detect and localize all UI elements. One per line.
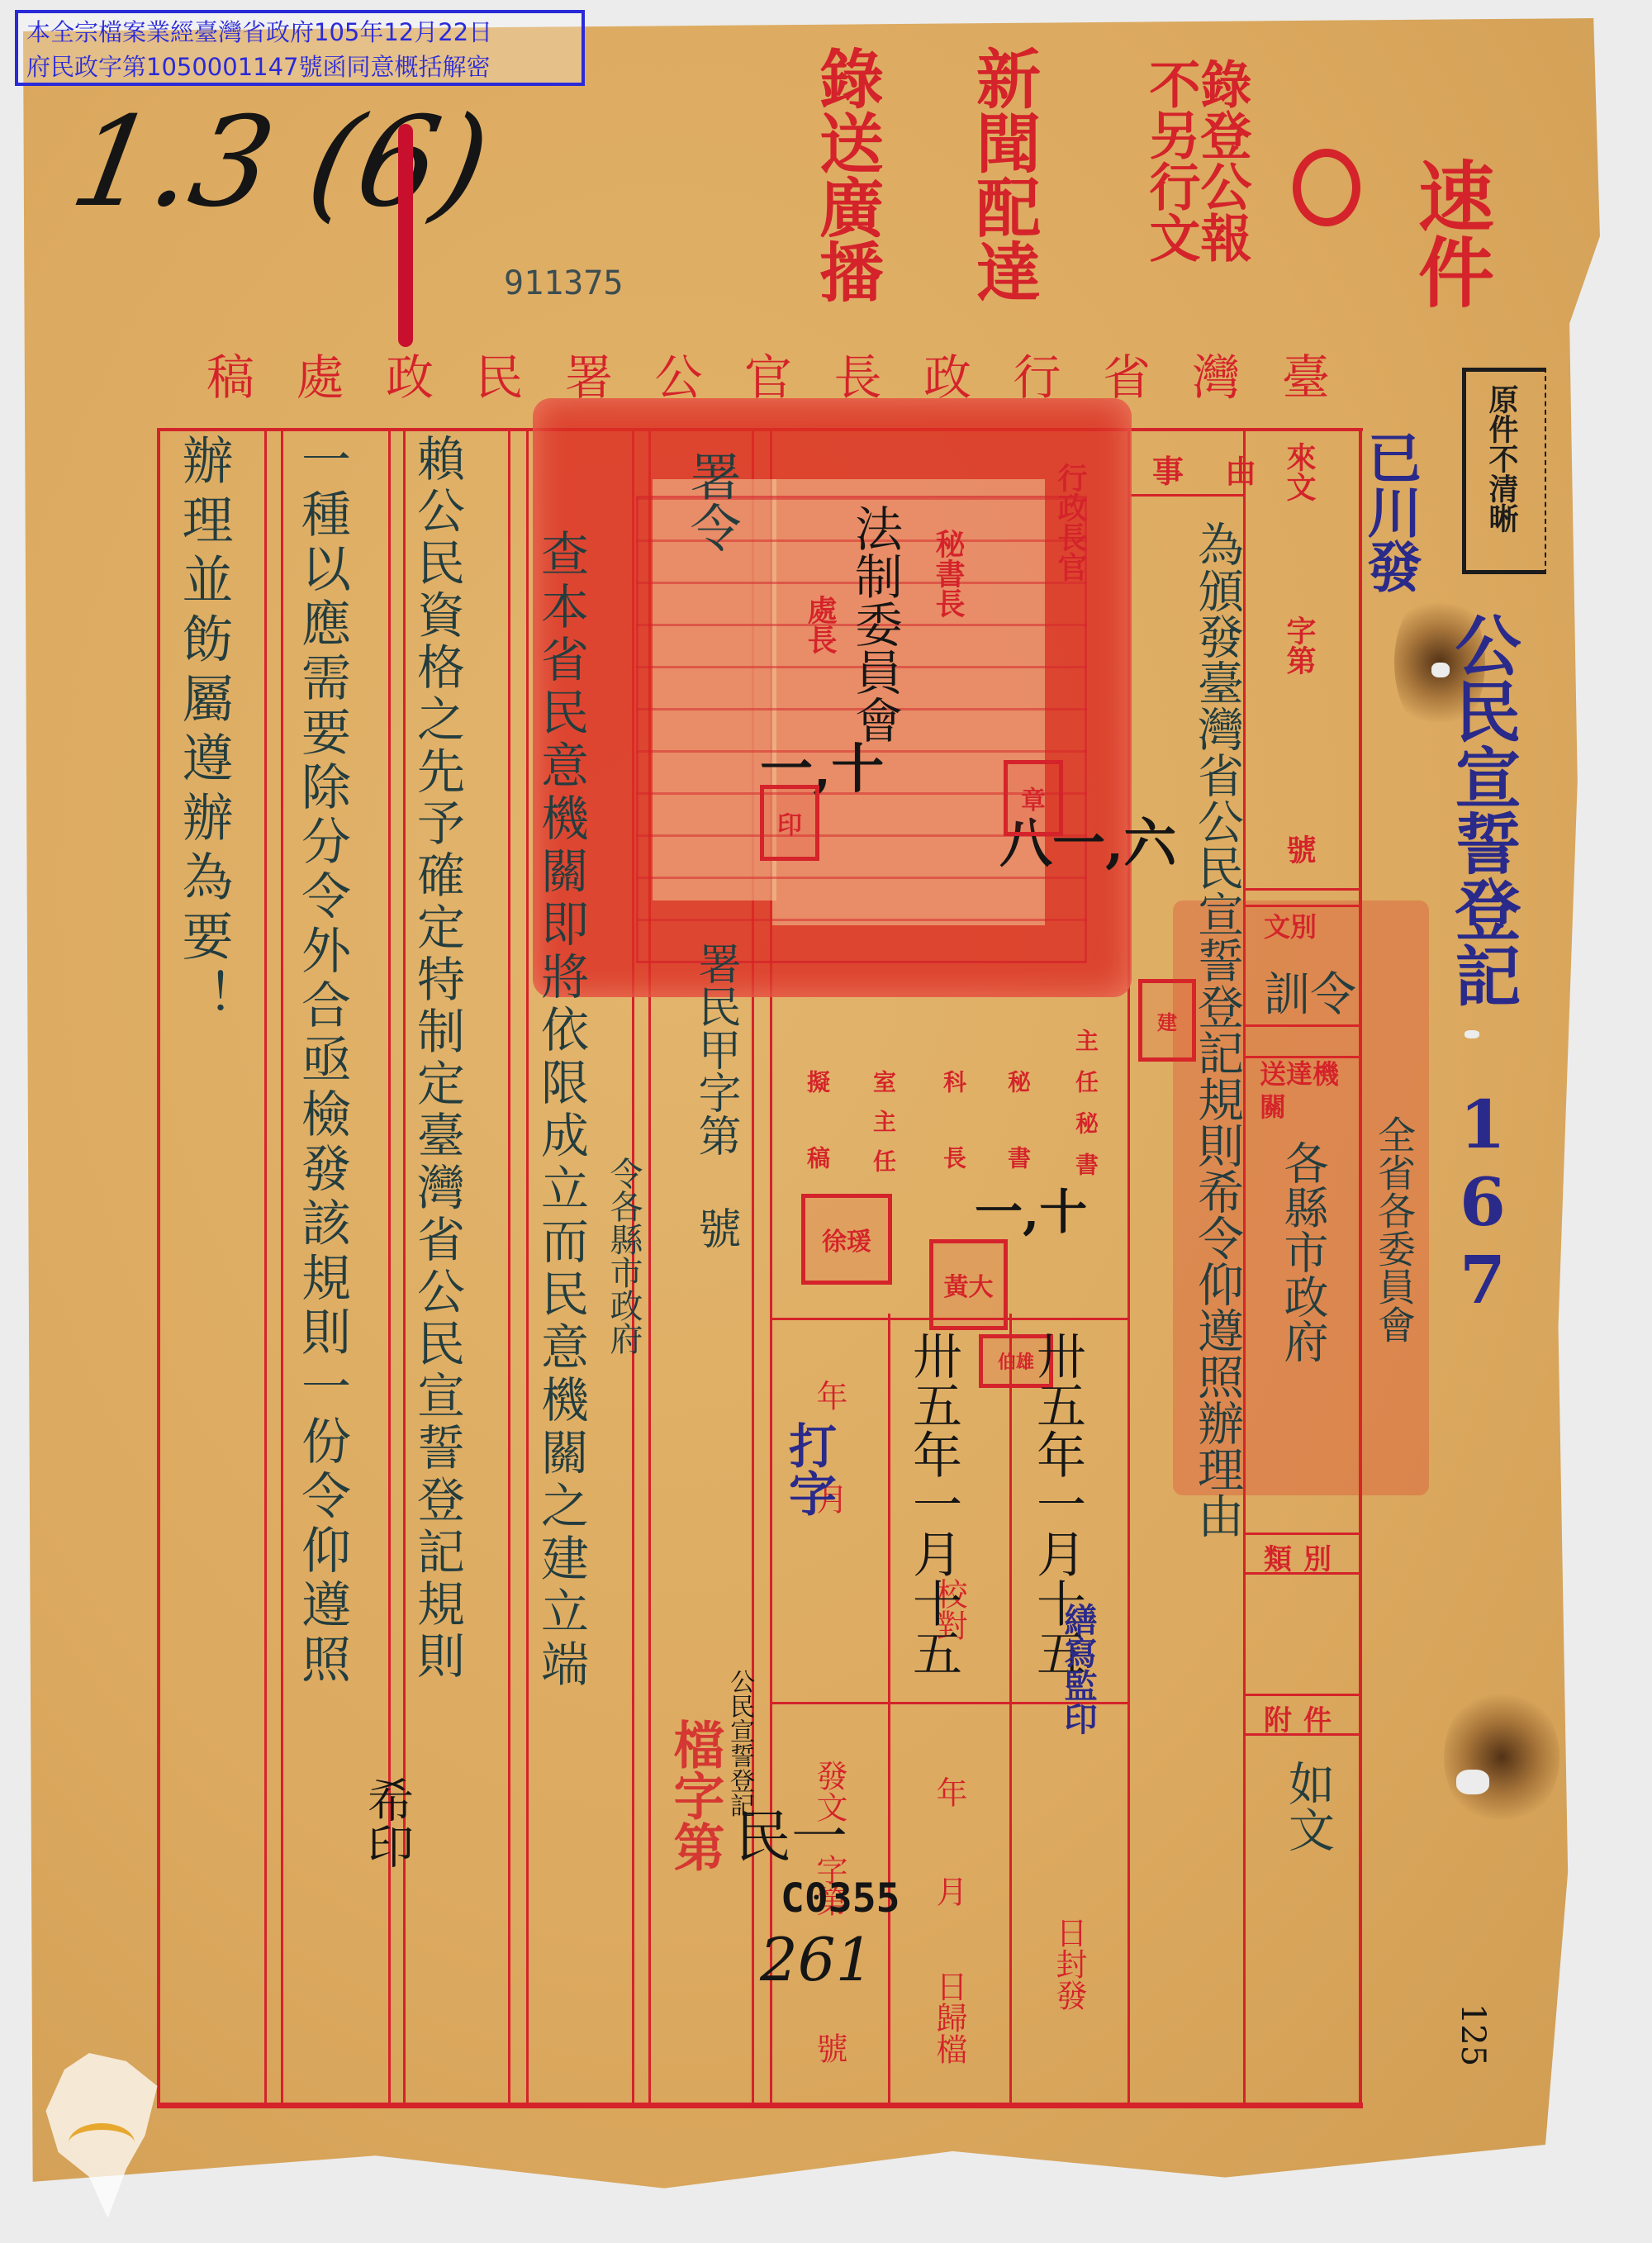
label-sealed-dispatch: 日封發 xyxy=(1053,1917,1085,2011)
label-archive: 歸檔 xyxy=(931,2002,967,2065)
label-dispatch-hao: 號 xyxy=(814,2032,845,2064)
publish-note: 錄登公報 不另行文 xyxy=(1132,58,1247,330)
book-icon xyxy=(69,2123,135,2163)
sig-column-rule xyxy=(1009,1314,1012,2103)
column-rule xyxy=(281,428,283,2105)
public-note: 公民宣誓登記 xyxy=(727,1669,752,1818)
recipient-extra: 全省各委員會 xyxy=(1375,1115,1413,1343)
received-stamp: 已川發 xyxy=(1363,430,1417,593)
label-category: 類別 xyxy=(1264,1537,1343,1577)
seal-secretary: 章 xyxy=(1004,760,1063,836)
label-day: 日 xyxy=(1051,1917,1087,1948)
serial-number: 911375 xyxy=(504,264,624,302)
blue-annotation: 公民宣誓登記 167 xyxy=(1450,611,1516,1319)
body-column-4: 辦理並飭屬遵辦為要！ xyxy=(178,434,229,1029)
label-director: 處長 xyxy=(805,595,835,654)
label-chief-secretary: 主任秘書 xyxy=(1074,1029,1097,1194)
draft-sub-number: 署民甲字第 號 xyxy=(694,942,737,1537)
label-attachment: 附件 xyxy=(1264,1698,1343,1738)
label-year-1: 年 xyxy=(814,1380,845,1411)
attachment-value: 如文 xyxy=(1284,1760,1331,1852)
label-secretary-general: 秘書長 xyxy=(933,529,963,618)
column-rule xyxy=(264,428,267,2105)
signature-mark: 一,十 xyxy=(975,1173,1087,1243)
label-char-no: 字第 xyxy=(1284,615,1314,675)
sign-seal-note: 希印 xyxy=(363,1776,410,1869)
label-recipient: 送達機關 xyxy=(1260,1057,1342,1124)
form-left-border xyxy=(157,428,160,2105)
label-subject: 事由 xyxy=(1152,446,1298,492)
label-office-director: 室主任 xyxy=(871,1070,895,1189)
column-rule xyxy=(508,428,510,2105)
cell-rule xyxy=(1243,1694,1359,1696)
label-section-chief: 科長 xyxy=(942,1070,965,1222)
recipient-value: 各縣市政府 xyxy=(1280,1140,1325,1363)
label-incoming: 來文 xyxy=(1284,442,1314,501)
body-column-3: 一種以應需要除分令外合亟檢發該規則一份令仰遵照 xyxy=(297,434,347,1688)
notice-line-2: 府民政字第1050001147號函同意概括解密 xyxy=(26,50,573,84)
label-archive-day: 日歸檔 xyxy=(933,1970,965,2065)
label-chief-executive: 行政長官 xyxy=(1056,463,1085,582)
label-hao: 號 xyxy=(1284,834,1314,864)
central-note: 法制委員會 xyxy=(851,504,899,744)
sig-column-rule xyxy=(888,1314,890,2103)
proofread-date: 卅五年一月十五 xyxy=(909,1330,958,1677)
burn-stain xyxy=(1444,1687,1559,1827)
label-year-2: 年 xyxy=(933,1776,965,1808)
body-column-1: 查本省民意機關即將依限成立而民意機關之建立端 xyxy=(537,529,585,1692)
sealed-dispatch-label: 封發 xyxy=(1051,1948,1087,2011)
notice-line-1: 本全宗檔案業經臺灣省政府105年12月22日 xyxy=(26,15,573,50)
broadcast-note: 錄送廣播 xyxy=(814,45,878,359)
draft-recipient: 令各縣市政府 xyxy=(607,1157,640,1355)
red-vertical-stroke xyxy=(398,124,413,347)
body-column-2: 賴公民資格之先予確定特制定臺灣省公民宣誓登記規則 xyxy=(413,434,461,1683)
dispatch-number-stamp: C0355 xyxy=(781,1875,900,1922)
archive-char-stamp: 檔字第 xyxy=(669,1718,720,1872)
typed-stamp: 打字 xyxy=(785,1421,833,1517)
label-day: 日 xyxy=(931,1970,967,2002)
column-rule xyxy=(526,428,529,2105)
news-note: 新聞配達 xyxy=(971,45,1035,359)
form-bottom-border xyxy=(157,2103,1363,2108)
draft-header: 署令 xyxy=(686,450,737,553)
circle-mark xyxy=(1293,149,1360,226)
subject-text: 為頒發臺灣省公民宣誓登記規則希令仰遵照辦理由 xyxy=(1194,520,1240,1538)
corner-number: 125 xyxy=(1454,2003,1492,2066)
seal-director: 印 xyxy=(760,785,819,861)
label-drafter: 擬稿 xyxy=(805,1070,828,1222)
label-doc-type: 文別 xyxy=(1264,906,1317,944)
cell-rule xyxy=(1243,888,1359,891)
declassification-notice: 本全宗檔案業經臺灣省政府105年12月22日 府民政字第1050001147號函… xyxy=(15,10,585,86)
dispatch-handwritten-number: 261 xyxy=(760,1925,873,1994)
handwritten-file-number: 1.3 (6) xyxy=(62,91,499,235)
cell-rule xyxy=(1243,1533,1359,1535)
urgent-label: 速件 xyxy=(1412,157,1488,309)
seal-section-chief: 黃大 xyxy=(929,1239,1008,1330)
subject-header-rule xyxy=(1127,494,1243,497)
original-unclear-note: 原件不清晰 xyxy=(1487,384,1517,533)
doc-type-value: 訓令 xyxy=(1264,958,1356,1024)
copy-seal-stamp: 繕寫監印 xyxy=(1061,1603,1094,1735)
label-month-2: 月 xyxy=(933,1875,965,1907)
paper-hole xyxy=(1456,1770,1489,1794)
